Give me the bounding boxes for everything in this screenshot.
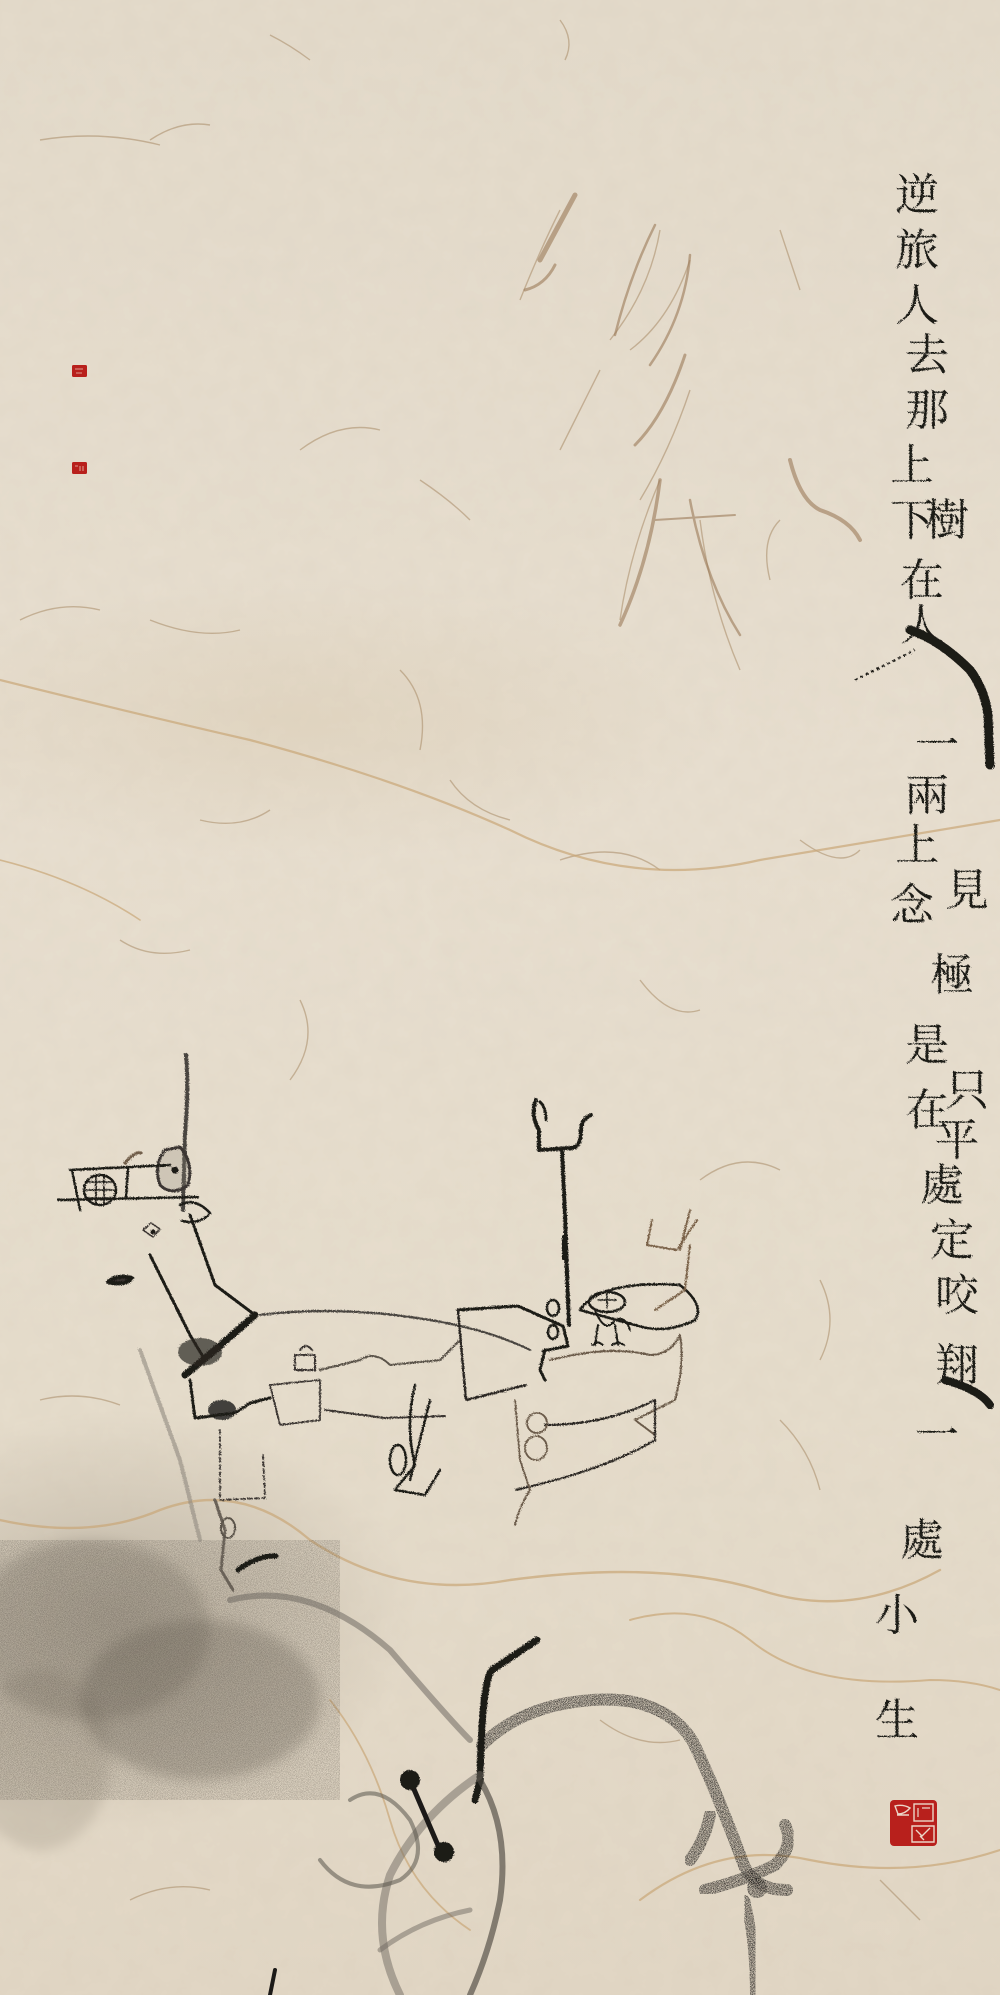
artist-seal-bottom-right: [890, 1800, 937, 1846]
inscription-char: 旅: [895, 225, 939, 276]
inscription-char: 樹: [925, 495, 969, 546]
inscription-char: 極: [930, 950, 974, 1001]
inscription-char: 那: [905, 385, 949, 436]
inscription-char: 是: [905, 1020, 949, 1071]
ink-painting: 逆 旅 人 去 那 上 下 樹 在 人 一 兩 上 見 念 極 是 只 在 平 …: [0, 0, 1000, 1995]
small-seal-top-left: [72, 365, 87, 377]
small-seal-mid-left: [72, 462, 87, 474]
painting-canvas: 逆 旅 人 去 那 上 下 樹 在 人 一 兩 上 見 念 極 是 只 在 平 …: [0, 0, 1000, 1995]
inscription-char: 只: [945, 1065, 989, 1116]
inscription-char: 見: [945, 865, 989, 916]
inscription-char: 小: [875, 1590, 920, 1641]
inscription-char: 生: [875, 1695, 919, 1746]
inscription-char: 在: [900, 555, 944, 606]
inscription-char: 咬: [935, 1270, 980, 1321]
inscription-char: 處: [900, 1515, 944, 1566]
inscription-char: 念: [890, 880, 935, 931]
inscription-char: 一: [915, 720, 959, 771]
inscription-char: 兩: [905, 770, 949, 821]
inscription-char: 處: [920, 1160, 964, 1211]
inscription-char: 逆: [895, 170, 939, 221]
inscription-char: 一: [915, 1410, 959, 1461]
inscription-char: 上: [890, 440, 934, 491]
inscription-char: 人: [895, 280, 939, 331]
inscription-char: 平: [935, 1115, 979, 1166]
inscription-char: 定: [930, 1215, 974, 1266]
inscription-char: 上: [895, 820, 939, 871]
inscription-char: 去: [905, 330, 949, 381]
